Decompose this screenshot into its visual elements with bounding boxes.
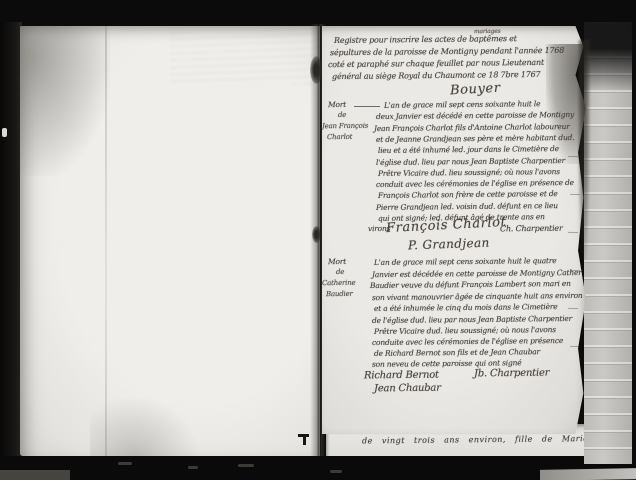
header-line: Registre pour inscrire les actes de bapt… xyxy=(334,34,517,45)
entry-margin-note: Charlot xyxy=(327,133,352,141)
debris-mark xyxy=(330,470,342,473)
margin-tick xyxy=(568,232,578,233)
header-line: coté et paraphé sur chaque feuillet par … xyxy=(328,58,544,69)
entry-body-line: Prêtre Vicaire dud. lieu soussigné; où n… xyxy=(374,325,556,336)
stain-smudge xyxy=(20,26,110,176)
clerk-signature: Bouyer xyxy=(450,81,501,99)
debris-mark xyxy=(188,466,198,469)
entry-body-line: Prêtre Vicaire dud. lieu soussigné; où n… xyxy=(378,167,560,178)
header-line: général au siège Royal du Chaumont ce 18… xyxy=(332,70,541,81)
entry-body-line: L'an de grace mil sept cens soixante hui… xyxy=(374,256,557,267)
entry-body-line: Baudier veuve du défunt François Lambert… xyxy=(370,279,571,290)
left-blank-page xyxy=(20,26,320,456)
entry-margin-note: de xyxy=(336,268,344,276)
witness-signature: P. Grandjean xyxy=(408,236,490,253)
bottom-right-paper-sliver xyxy=(540,468,636,480)
priest-signature: Ch. Charpentier xyxy=(500,224,563,234)
book-scan: de vingt trois ans environ, fille de Mar… xyxy=(0,0,636,480)
entry-body-line: deux Janvier est décédé en cette paroiss… xyxy=(376,110,574,121)
entry-body-line: de l'église dud. lieu par nous Jean Bapt… xyxy=(372,314,572,325)
entry-margin-note: Jean François xyxy=(322,122,368,130)
margin-tick xyxy=(568,308,578,309)
entry-body-line: Jean François Charlot fils d'Antoine Cha… xyxy=(374,122,570,133)
entry-body-line: lieu et a été inhumé led. jour dans le C… xyxy=(378,144,559,155)
priest-signature: Jb. Charpentier xyxy=(474,368,549,380)
entry-body-line: et a été inhumée le cinq du mois dans le… xyxy=(374,302,558,313)
witness-signature: Jean Chaubar xyxy=(374,383,441,395)
entry-body-line: L'an de grace mil sept cens soixante hui… xyxy=(384,99,540,110)
entry-body-line: de Richard Bernot son fils et de Jean Ch… xyxy=(374,347,540,358)
entry-margin-label: Mort xyxy=(328,100,346,109)
header-line: sépultures de la paroisse de Montigny pe… xyxy=(330,46,564,57)
entry-margin-note: Baudier xyxy=(326,290,353,298)
ink-bleedthrough xyxy=(170,32,315,84)
page-edge-stack xyxy=(584,22,632,464)
stain-smudge xyxy=(90,396,200,456)
entry-body-line: Pierre Grandjean led. voisin dud. défunt… xyxy=(376,201,558,212)
entry-body-line: et de Jeanne Grandjean ses père et mère … xyxy=(376,133,574,144)
entry-body-line: l'église dud. lieu par nous Jean Baptist… xyxy=(376,156,565,167)
margin-dash xyxy=(354,106,380,107)
entry-margin-note: Catherine xyxy=(322,279,356,287)
entry-body-line: Janvier est décédée en cette paroisse de… xyxy=(372,268,593,279)
page-crease xyxy=(105,26,107,456)
debris-mark xyxy=(238,464,254,467)
gutter-fold-line xyxy=(320,26,321,454)
ink-blot xyxy=(312,226,321,243)
margin-tick xyxy=(570,346,580,347)
entry-margin-label: Mort xyxy=(328,257,346,266)
entry-body-line: conduite avec les cérémonies de l'église… xyxy=(372,336,563,347)
entry-margin-note: de xyxy=(338,111,346,119)
debris-mark xyxy=(118,462,132,465)
entry-body-line: conduit avec les cérémonies de l'église … xyxy=(376,178,574,189)
entry-body-line: son vivant manouvrier âgée de cinquante … xyxy=(372,291,583,302)
torn-edge-stain xyxy=(578,40,590,260)
right-manuscript-page: mariages Registre pour inscrire les acte… xyxy=(322,26,586,434)
bottom-left-paper-sliver xyxy=(0,470,70,480)
ink-mark xyxy=(303,436,306,445)
ink-blot xyxy=(310,56,323,84)
entry-body-line: François Charlot son frère de cette paro… xyxy=(378,189,558,200)
witness-signature: Richard Bernot xyxy=(364,370,439,382)
book-cover-edge xyxy=(0,22,22,462)
cover-speck xyxy=(2,128,7,137)
